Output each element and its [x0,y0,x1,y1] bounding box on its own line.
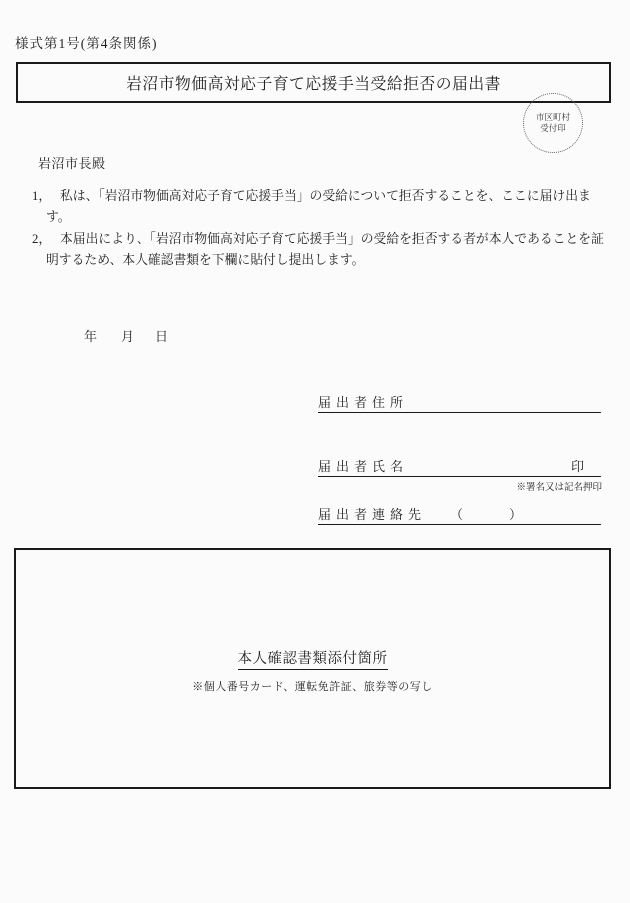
addressee: 岩沼市長殿 [38,153,106,172]
seal-mark: 印 [571,456,584,475]
attachment-box: 本人確認書類添付箇所 ※個人番号カード、運転免許証、旅券等の写し [14,548,611,789]
title-box: 岩沼市物価高対応子育て応援手当受給拒否の届出書 [16,62,611,103]
applicant-contact-field: 届出者連絡先 （ ） [318,508,601,525]
statement-item-2: 2， 本届出により、「岩沼市物価高対応子育て応援手当」の受給を拒否する者が本人で… [46,229,612,271]
applicant-name-field: 届出者氏名 印 [318,460,601,477]
item-1-text: 私は、「岩沼市物価高対応子育て応援手当」の受給について拒否することを、ここに届け… [46,186,612,228]
applicant-address-label: 届出者住所 [318,392,408,411]
item-1-number: 1， [32,186,51,207]
item-2-number: 2， [32,229,51,250]
date-month-label: 月 [121,326,134,345]
document-title: 岩沼市物価高対応子育て応援手当受給拒否の届出書 [126,71,501,94]
applicant-address-field: 届出者住所 [318,396,601,413]
attachment-box-note: ※個人番号カード、運転免許証、旅券等の写し [16,678,609,694]
seal-note: ※署名又は記名押印 [516,479,602,493]
attachment-box-title: 本人確認書類添付箇所 [238,651,388,670]
document-page: 様式第1号(第4条関係) 岩沼市物価高対応子育て応援手当受給拒否の届出書 市区町… [0,0,630,903]
stamp-text-line1: 市区町村 [536,112,570,123]
date-day-label: 日 [155,326,168,345]
contact-paren-open: （ [450,504,463,523]
statement-item-1: 1， 私は、「岩沼市物価高対応子育て応援手当」の受給について拒否することを、ここ… [46,186,612,228]
contact-paren-close: ） [509,504,522,523]
applicant-contact-label: 届出者連絡先 [318,504,426,523]
date-year-label: 年 [84,326,97,345]
applicant-name-label: 届出者氏名 [318,456,408,475]
item-2-text: 本届出により、「岩沼市物価高対応子育て応援手当」の受給を拒否する者が本人であるこ… [46,229,612,271]
reception-stamp-circle: 市区町村 受付印 [523,93,583,153]
date-line: 年 月 日 [0,326,630,344]
attachment-box-title-row: 本人確認書類添付箇所 [16,647,609,668]
stamp-text-line2: 受付印 [540,123,566,134]
form-number: 様式第1号(第4条関係) [15,32,158,52]
